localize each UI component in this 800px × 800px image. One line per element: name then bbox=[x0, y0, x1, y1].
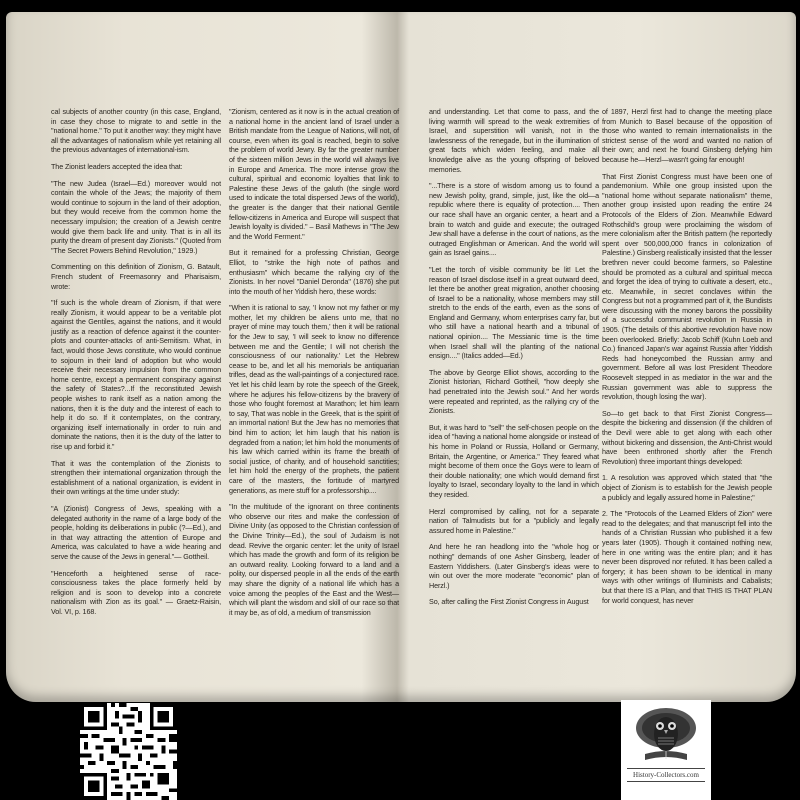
paragraph: 2. The "Protocols of the Learned Elders … bbox=[602, 509, 772, 605]
paragraph: "The new Judea (Israel—Ed.) moreover wou… bbox=[51, 179, 221, 256]
paragraph: 1. A resolution was approved which state… bbox=[602, 473, 772, 502]
paragraph: cal subjects of another country (in this… bbox=[51, 107, 221, 155]
right-page-column-2: of 1897, Herzl first had to change the m… bbox=[602, 107, 772, 612]
paragraph: But it remained for a professing Christi… bbox=[229, 248, 399, 296]
qr-code-icon[interactable] bbox=[80, 703, 177, 800]
paragraph: So, after calling the First Zionist Cong… bbox=[429, 597, 599, 607]
left-page-column-1: cal subjects of another country (in this… bbox=[51, 107, 221, 624]
history-collectors-logo[interactable]: History-Collectors.com bbox=[621, 700, 711, 800]
paragraph: Commenting on this definition of Zionism… bbox=[51, 262, 221, 291]
paragraph: "If such is the whole dream of Zionism, … bbox=[51, 298, 221, 452]
paragraph: "Let the torch of visible community be l… bbox=[429, 265, 599, 361]
divider bbox=[627, 768, 705, 769]
paragraph: The above by George Elliot shows, accord… bbox=[429, 368, 599, 416]
right-page-column-1: and understanding. Let that come to pass… bbox=[429, 107, 599, 614]
paragraph: "Henceforth a heightened sense of race-c… bbox=[51, 569, 221, 617]
paragraph: And here he ran headlong into the "whole… bbox=[429, 542, 599, 590]
logo-caption: History-Collectors.com bbox=[633, 771, 699, 779]
paragraph: "Zionism, centered as it now is in the a… bbox=[229, 107, 399, 241]
paragraph: "In the multitude of the ignorant on thr… bbox=[229, 502, 399, 617]
paragraph: and understanding. Let that come to pass… bbox=[429, 107, 599, 174]
paragraph: That it was the contemplation of the Zio… bbox=[51, 459, 221, 497]
paragraph: That First Zionist Congress must have be… bbox=[602, 172, 772, 402]
paragraph: So—to get back to that First Zionist Con… bbox=[602, 409, 772, 467]
left-page: cal subjects of another country (in this… bbox=[51, 107, 391, 672]
paragraph: "...There is a store of wisdom among us … bbox=[429, 181, 599, 258]
divider bbox=[627, 781, 705, 782]
paragraph: But, it was hard to "sell" the self-chos… bbox=[429, 423, 599, 500]
paragraph: "A (Zionist) Congress of Jews, speaking … bbox=[51, 504, 221, 562]
paragraph: Herzl compromised by calling, not for a … bbox=[429, 507, 599, 536]
right-page: and understanding. Let that come to pass… bbox=[419, 107, 774, 672]
booklet-spread: cal subjects of another country (in this… bbox=[6, 12, 796, 702]
paragraph: The Zionist leaders accepted the idea th… bbox=[51, 162, 221, 172]
paragraph: "When it is rational to say, 'I know not… bbox=[229, 303, 399, 495]
paragraph: of 1897, Herzl first had to change the m… bbox=[602, 107, 772, 165]
owl-on-book-icon bbox=[631, 704, 701, 766]
left-page-column-2: "Zionism, centered as it now is in the a… bbox=[229, 107, 399, 624]
